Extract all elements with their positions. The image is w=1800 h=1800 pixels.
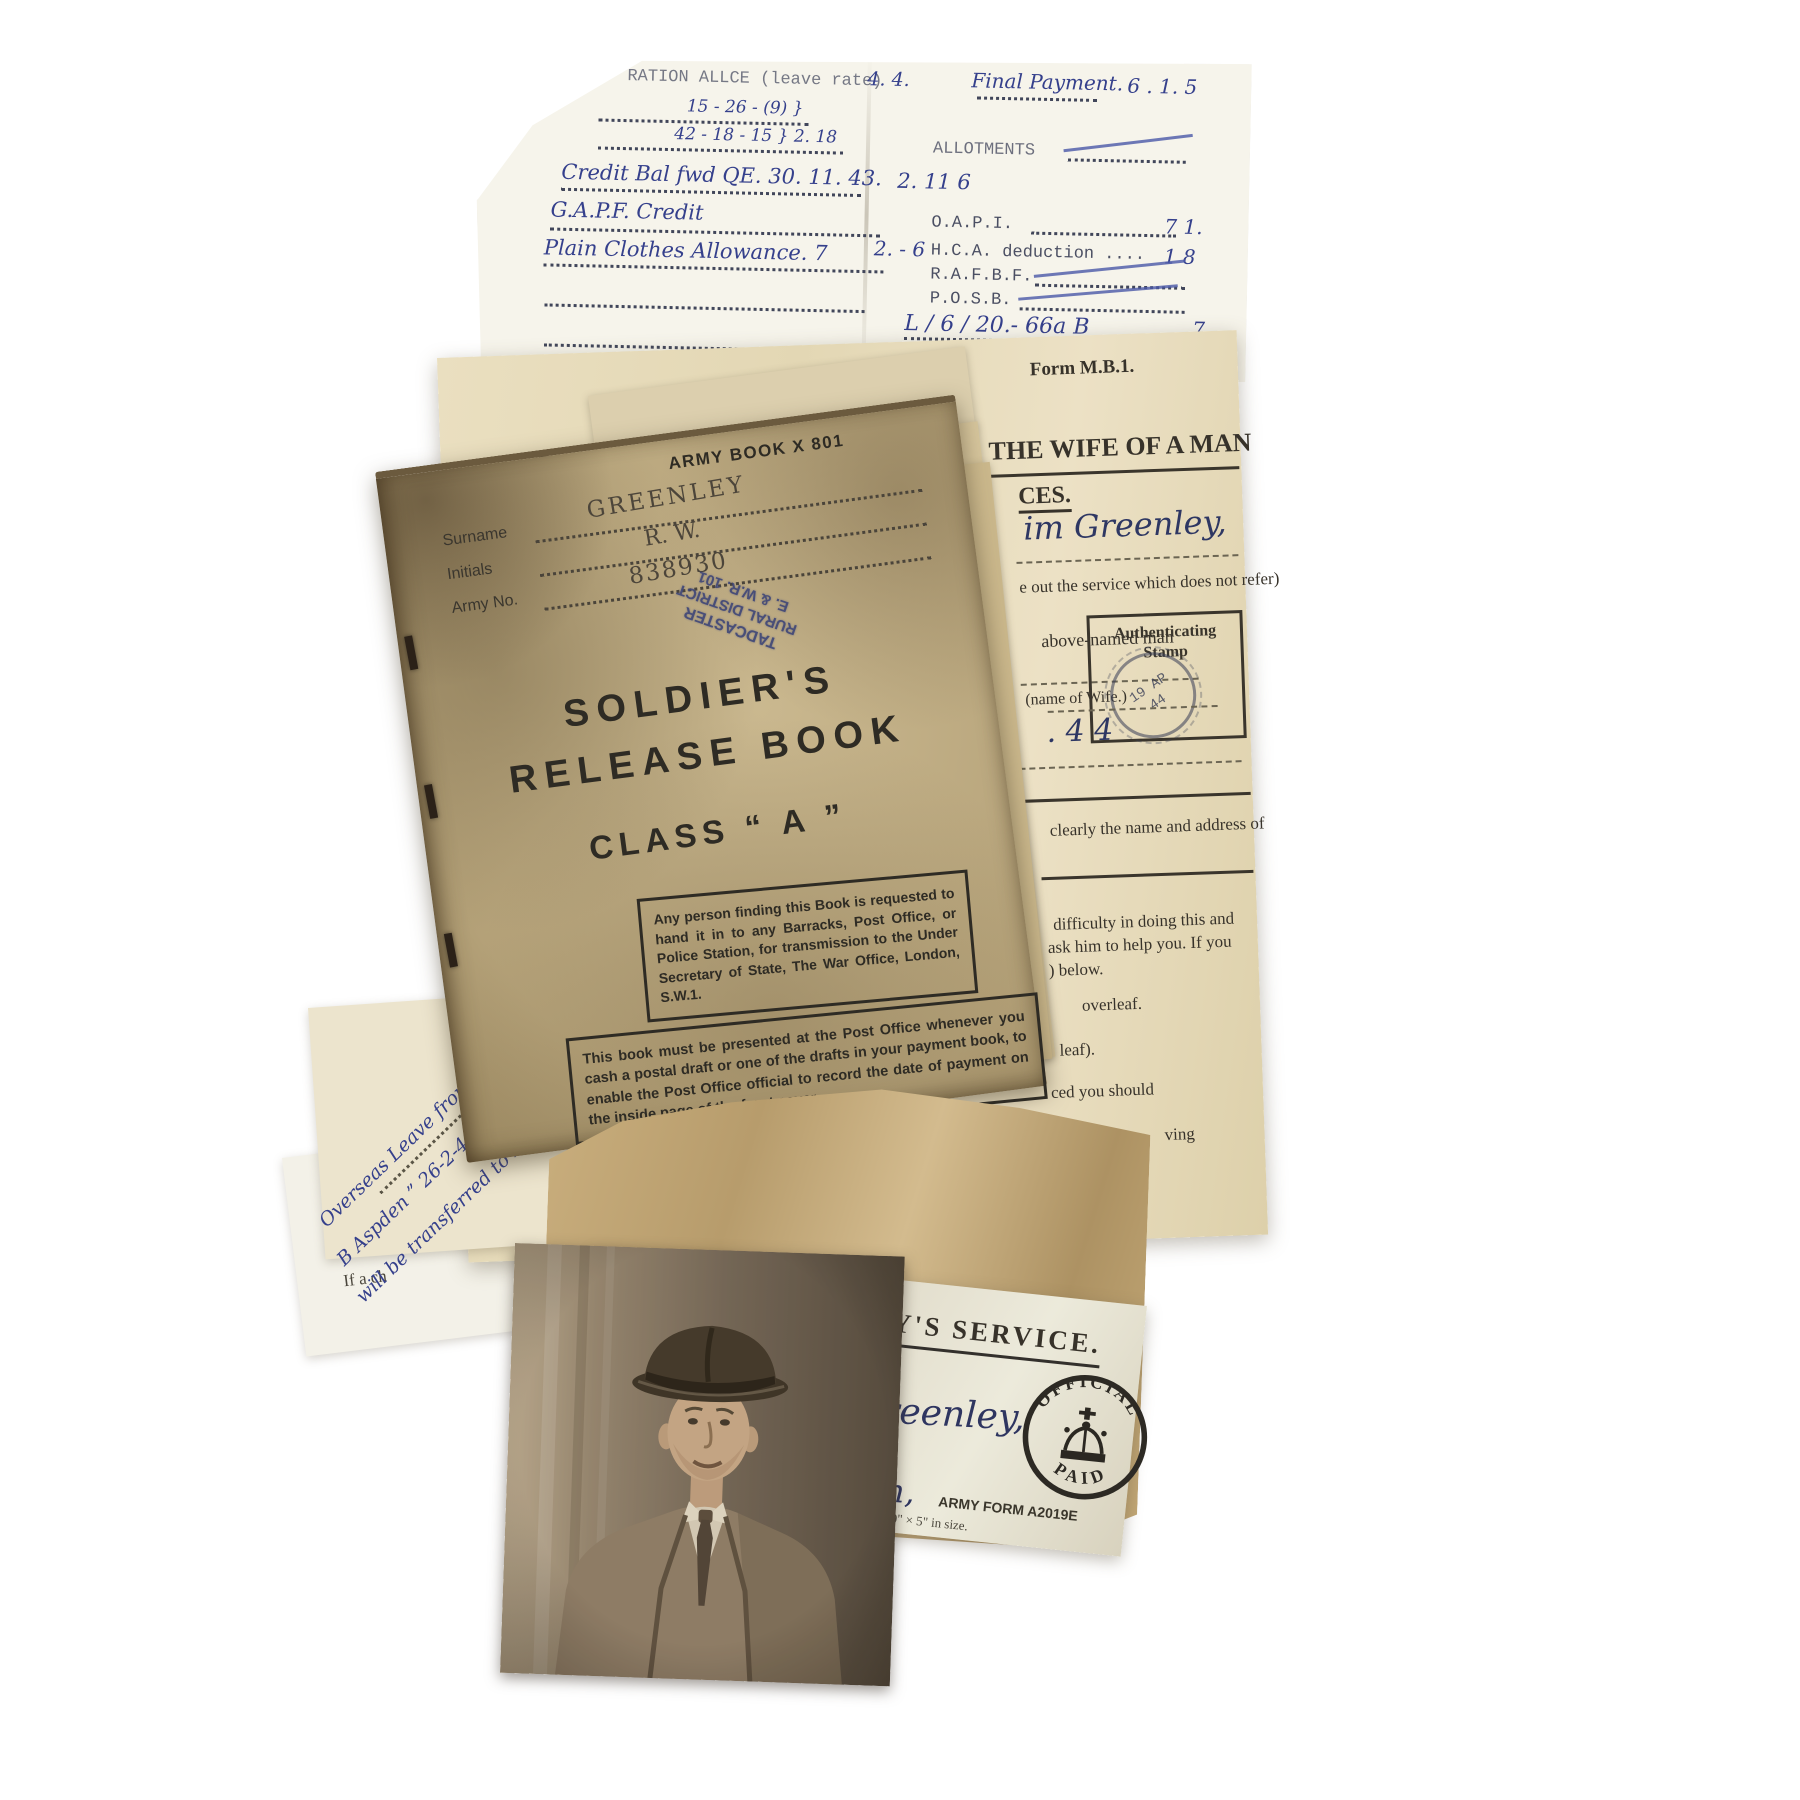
army-book-number: ARMY BOOK X 801 <box>667 431 845 474</box>
staple <box>404 635 418 670</box>
section-rule <box>1009 792 1251 803</box>
finder-notice-text: Any person finding this Book is requeste… <box>653 885 960 1006</box>
ledger-r2-figures: 15 - 26 - (9) } <box>687 96 804 118</box>
ruled-line <box>1016 552 1238 564</box>
dotted-leader <box>1031 230 1176 238</box>
dotted-leader <box>545 301 865 313</box>
fold-crease <box>861 56 872 374</box>
ledger-r1-amount: 6 . 1. 5 <box>1127 74 1197 99</box>
army-no-label: Army No. <box>451 591 519 618</box>
dotted-leader <box>1020 305 1185 313</box>
ledger-gapf-credit: G.A.P.F. Credit <box>550 198 703 225</box>
postmark-date-2: 44 <box>1147 691 1170 714</box>
dotted-leader <box>543 261 883 273</box>
form-clearly-fragment: clearly the name and address of <box>1050 813 1265 840</box>
staple <box>444 933 458 968</box>
title-underline <box>987 466 1239 478</box>
ledger-hca-deduction: H.C.A. deduction .... <box>931 241 1146 264</box>
ink-strike <box>1063 134 1192 152</box>
official-paid-stamp: OFFICIAL PAID <box>1013 1366 1156 1509</box>
form-difficulty-fragment: difficulty in doing this and <box>1053 909 1235 935</box>
postmark-date-1: 19 AP <box>1127 670 1171 707</box>
surname-label: Surname <box>442 524 509 550</box>
form-title-right: THE WIFE OF A MAN <box>988 428 1252 467</box>
form-number: Form M.B.1. <box>1029 356 1134 382</box>
crown-icon <box>1060 1405 1110 1462</box>
ledger-rafbf: R.A.F.B.F. <box>930 265 1032 286</box>
ledger-r3-figures: 42 - 18 - 15 } 2. 18 <box>674 124 837 147</box>
ledger-oapi: O.A.P.I. <box>931 213 1013 234</box>
form-ving-fragment: ving <box>1164 1124 1195 1145</box>
section-rule <box>1041 870 1253 880</box>
ledger-r4-amount: 2. 11 6 <box>897 169 971 195</box>
ledger-final-payment: Final Payment. <box>971 68 1123 95</box>
form-overleaf-fragment: overleaf. <box>1082 994 1143 1016</box>
form-below-fragment: ) below. <box>1048 959 1103 981</box>
ledger-posb: P.O.S.B. <box>930 289 1012 310</box>
handwritten-claimant-name: im Greenley, <box>1023 503 1227 548</box>
dotted-leader <box>977 94 1097 102</box>
ledger-allotments: ALLOTMENTS <box>933 140 1035 161</box>
finder-notice-box: Any person finding this Book is requeste… <box>637 869 979 1022</box>
form-service-fragment: e out the service which does not refer) <box>1019 569 1280 598</box>
dotted-leader <box>1068 156 1186 163</box>
ruled-line <box>1010 758 1242 770</box>
handwritten-date: . 4 4 <box>1046 713 1114 750</box>
ledger-r1-values: 4. 4. <box>867 68 910 91</box>
pay-ledger-sheet: RATION ALLCE (leave rate) 4. 4. Final Pa… <box>473 48 1251 382</box>
ledger-r6-figures: 2. - 6 <box>874 236 926 261</box>
form-ced-fragment: ced you should <box>1051 1079 1155 1103</box>
initials-label: Initials <box>446 560 493 584</box>
ledger-hca-amount: 1 8 <box>1164 244 1196 269</box>
portrait-photo-image <box>500 1243 905 1686</box>
ledger-ration-allce: RATION ALLCE (leave rate) <box>627 67 882 91</box>
form-ask-fragment: ask him to help you. If you <box>1048 932 1232 958</box>
photo-of-wwii-document-lot: RATION ALLCE (leave rate) 4. 4. Final Pa… <box>0 0 1800 1800</box>
portrait-photo <box>500 1243 905 1686</box>
ledger-oapi-amount: 7 1. <box>1164 214 1203 239</box>
form-leaf-fragment: leaf). <box>1059 1039 1095 1060</box>
ledger-plain-clothes: Plain Clothes Allowance. 7 <box>544 235 828 265</box>
auth-stamp-label-1: Authenticating <box>1090 621 1241 644</box>
soldiers-release-book: ARMY BOOK X 801 Surname GREENLEY Initial… <box>375 395 1047 1163</box>
